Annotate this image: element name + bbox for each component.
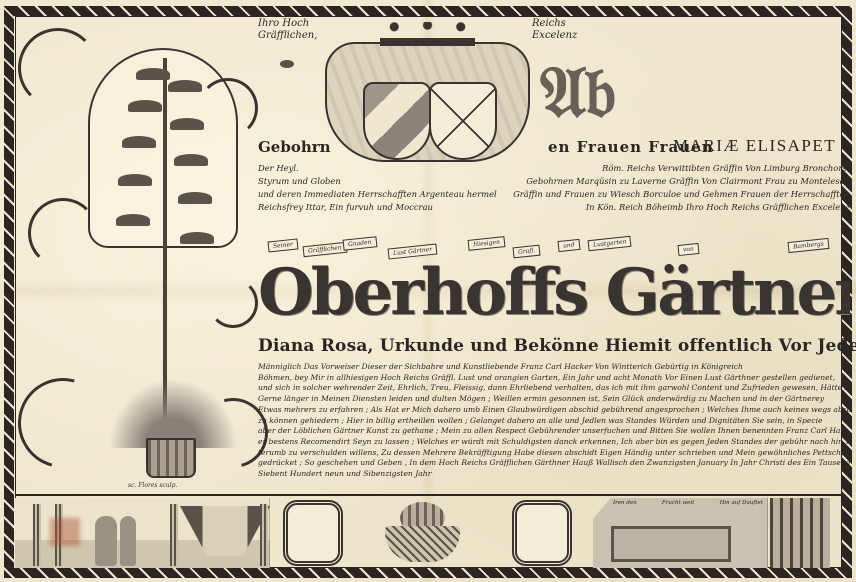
colonnade — [770, 498, 830, 568]
salutation-left: Gebohrn — [258, 138, 331, 156]
dedicatee-name: MARIÆ ELISAPET — [673, 136, 836, 156]
salutation-line: Gebohrn en Frauen Frauen MARIÆ ELISAPET — [258, 138, 848, 158]
engraver-signature: sc. Flores sculp. — [128, 482, 177, 489]
red-stain — [50, 518, 80, 546]
flower-cluster — [136, 68, 170, 80]
column — [260, 504, 268, 566]
title-row: Der Heyl. Röm. Reichs Verwittibten Gräff… — [258, 162, 850, 175]
scroll-ornament — [2, 362, 125, 485]
title-row: Styrum und Globen Gebohrnen Marqüsin zu … — [258, 175, 850, 188]
subheading: Diana Rosa, Urkunde und Bekönne Hiemit o… — [258, 336, 850, 356]
body-line: und sich in solcher wehrender Zeit, Ehrl… — [258, 383, 850, 394]
body-line: Etwas mehrers zu erfahren ; Als Hat er M… — [258, 405, 850, 416]
title-right: Gebohrnen Marqüsin zu Laverne Gräffin Vo… — [526, 175, 850, 188]
flower-cluster — [128, 100, 162, 112]
note-line: Ihro Hoch — [258, 18, 317, 30]
body-line: Gerne länger in Meinen Diensten leiden u… — [258, 394, 850, 405]
flower-cluster — [174, 154, 208, 166]
main-heading: Oberhoffs Gärtner — [258, 254, 850, 332]
body-line: aber der Löblichen Gärtner Kunst zu geth… — [258, 426, 850, 437]
certificate-body: Männiglich Das Vorweiser Dieser der Sich… — [258, 362, 850, 480]
column — [170, 504, 178, 566]
title-left: Reichsfrey Ittar, Ein furvuh und Moccrau — [258, 201, 433, 214]
scroll-ornament — [208, 278, 258, 328]
body-line: gedrücket ; So geschehen und Geben , In … — [258, 458, 850, 469]
flower-cluster — [122, 136, 156, 148]
fruit-basket — [385, 526, 460, 562]
banner-word: und — [557, 239, 580, 252]
scroll-ornament — [18, 28, 98, 108]
wooden-tub-planter — [146, 438, 196, 478]
flower-cluster — [180, 232, 214, 244]
banner-word: Seiner — [268, 238, 299, 252]
banner-word: Lustgarten — [588, 236, 632, 251]
crown-icon — [380, 22, 475, 46]
note-line: Excelenz — [532, 30, 577, 42]
caption-word: Iren den — [613, 500, 637, 506]
garden-scene — [15, 498, 270, 568]
title-right: In Kön. Reich Böheimb Ihro Hoch Reichs G… — [586, 201, 850, 214]
body-line: Böhmen, bey Mir in allhiesigen Hoch Reic… — [258, 373, 850, 384]
bee-icon — [280, 60, 294, 68]
agave-illustration-panel: sc. Flores sculp. — [18, 18, 258, 488]
banner-word: Hiesigen — [468, 236, 506, 251]
scene-caption: Iren den Frucht weit Hin auf Dauftet — [613, 500, 763, 506]
title-right: Gräffin und Frauen zu Wiesch Borculoe un… — [513, 188, 850, 201]
header-left-note: Ihro Hoch Gräfflichen, — [258, 18, 317, 42]
fountain-scene: Iren den Frucht weit Hin auf Dauftet — [593, 498, 768, 568]
empty-cartouche-right — [512, 500, 572, 566]
caption-word: Frucht weit — [662, 500, 695, 506]
scroll-ornament — [198, 78, 258, 138]
agave-stalk — [163, 58, 167, 428]
title-left: Styrum und Globen — [258, 175, 341, 188]
gentleman-figure — [120, 516, 136, 566]
lady-figure — [95, 516, 117, 566]
hedge-avenue — [180, 506, 270, 556]
title-left: und deren Immediaten Herrschafften Argen… — [258, 188, 497, 201]
dedicatee-titles: Der Heyl. Röm. Reichs Verwittibten Gräff… — [258, 162, 850, 214]
empty-cartouche-left — [283, 500, 343, 566]
flower-cluster — [178, 192, 212, 204]
illustrated-footer-strip: Iren den Frucht weit Hin auf Dauftet — [15, 494, 842, 568]
body-line: terumb zu verschulden willens, Zu dessen… — [258, 448, 850, 459]
note-line: Gräfflichen, — [258, 30, 317, 42]
decorative-initials-top: 𝔄𝔟 — [540, 50, 840, 140]
flower-cluster — [168, 80, 202, 92]
title-row: Reichsfrey Ittar, Ein furvuh und Moccrau… — [258, 201, 850, 214]
fountain-pond — [611, 526, 731, 562]
scroll-ornament — [28, 198, 98, 268]
certificate-sheet: sc. Flores sculp. Ihro Hoch Gräfflichen,… — [0, 0, 856, 582]
body-line: er bestens Recomendirt Seyn zu lassen ; … — [258, 437, 850, 448]
body-line: zu können gehiedern ; Hier in billig ert… — [258, 416, 850, 427]
banner-word: Gnaden — [343, 236, 377, 250]
header-right-note: Reichs Excelenz — [532, 18, 577, 42]
banner-word: Bambergs — [788, 238, 830, 253]
title-row: und deren Immediaten Herrschafften Argen… — [258, 188, 850, 201]
flower-cluster — [116, 214, 150, 226]
caption-word: Hin auf Dauftet — [720, 500, 763, 506]
flower-cluster — [170, 118, 204, 130]
title-right: Röm. Reichs Verwittibten Gräffin Von Lim… — [602, 162, 850, 175]
body-line: Siebent Hundert neun und Sibenzigsten Ja… — [258, 469, 850, 480]
column — [33, 504, 41, 566]
note-line: Reichs — [532, 18, 577, 30]
body-line: Männiglich Das Vorweiser Dieser der Sich… — [258, 362, 850, 373]
flower-cluster — [118, 174, 152, 186]
title-left: Der Heyl. — [258, 162, 299, 175]
